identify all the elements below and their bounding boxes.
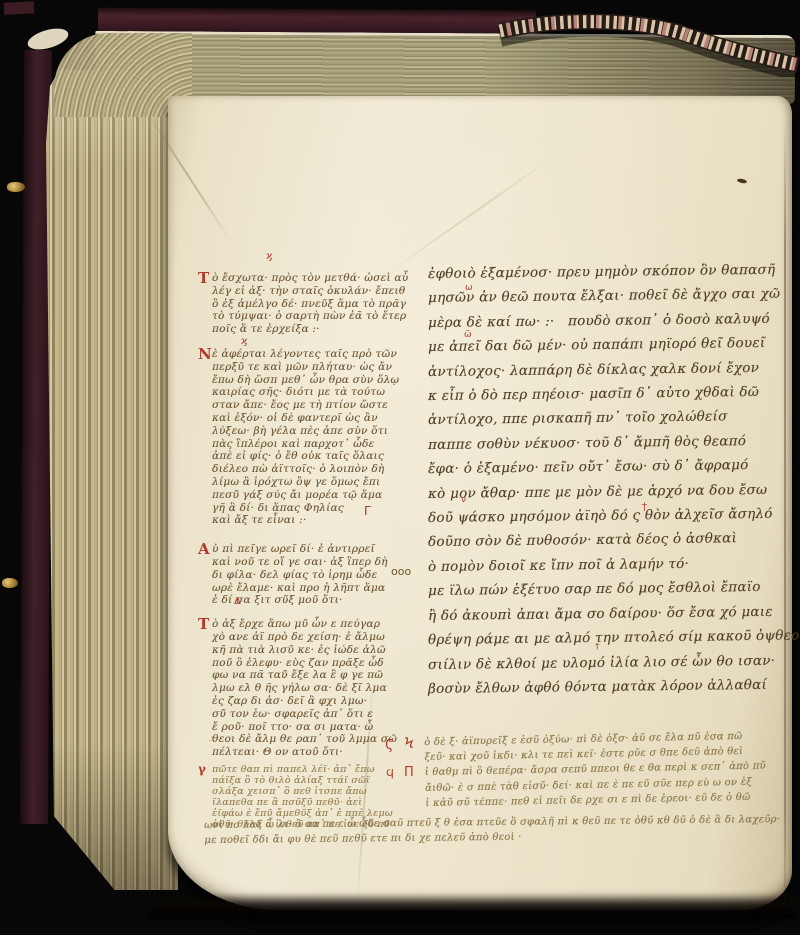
clasp-pin xyxy=(7,182,25,192)
manuscript-line: λίμω ἃ ἱρόχτω ὂψ γε ὅμως ἔπι xyxy=(212,476,420,489)
manuscript-line: καιρίας σῆς· διότι με τὰ τούτω xyxy=(212,386,420,399)
right-scholia-block: ὁ δὲ ξ· ἀϊπυρεῖξ ε ἑσῦ ὀξύω· πὶ δὲ ὀξσ· … xyxy=(424,728,797,811)
rubric-initial: Τ xyxy=(198,618,209,631)
book-cover-corner xyxy=(4,1,35,15)
manuscript-line: σῦ τον ἑω· σφαρεῖς ἀπ᾽ ὅτι ε xyxy=(212,708,420,721)
manuscript-line: βοσὺν ἔλθων ἀφθό θόντα ματὰκ λόρον ἀλλαθ… xyxy=(428,672,796,701)
headband-endband-icon xyxy=(492,5,800,77)
manuscript-line: φω να πᾶ ταῦ ἔξε λα ἒ φ γε πῶ xyxy=(212,669,420,682)
footer-lines: ωνὶ πο λαξ ὦ λι· ὃ σα πε ε ὦ ὧδε σαῦ πτε… xyxy=(204,812,800,848)
manuscript-line: κῆ πὰ τιὰ λισῦ κε· ἐς ἰώδε ἁλῶ xyxy=(212,644,420,657)
manuscript-line: ποῦ ὃ ἐλεφυ· εὺς ζαν πρᾶξε ὧδ xyxy=(212,657,420,670)
manuscript-line: καὶ ἄξ τε εἶναι :· xyxy=(212,514,420,527)
rubric-initial: Τ xyxy=(198,272,209,285)
leaf-stack-fore-edge xyxy=(46,70,178,890)
manuscript-line: ἐς ζαρ δι ἀσ· δεῖ ἂ φχι λμω· xyxy=(212,695,420,708)
parchment-page: Τὸ ἔσχωτα· πρὸς τὸν μετθά· ὡσεὶ αὖλέγ εἰ… xyxy=(168,96,792,910)
manuscript-line: ὐ πὶ πεῖγε ωρεῖ δί· ἐ ἀντιρρεῖ xyxy=(212,543,420,556)
rubric-initial: Ν xyxy=(198,348,212,361)
manuscript-line: περξῦ τε καὶ μῶν πλήταυ· ὡς ἄν xyxy=(212,361,420,374)
manuscript-line: ἀπὲ εἰ φίς· ὁ ἔθ οὐκ ταῖς ὅλαις xyxy=(212,450,420,463)
manuscript-line: λέγ εἰ ἀξ· τὴν σταῖς ὀκυλάν· ἔπειθ xyxy=(212,285,420,298)
paragraph: Τὸ ἀξ ἔρχε ἅπω μῦ ὧν ε πεύγαρχὸ ανε ἀϊ π… xyxy=(212,618,420,759)
page-crease xyxy=(387,158,552,274)
manuscript-line: γῆ ἃ δί· δι ἅπας Φηλίας xyxy=(212,502,420,515)
manuscript-line: λμω ελ θ ῆς γήλω σα· δὲ ξῖ λμα xyxy=(212,682,420,695)
manuscript-line: ποῖς ἅ τε ἐρχείξα :· xyxy=(212,323,420,336)
manuscript-line: ἔ ροῦ· ποῖ ττο· σα σι ματα· ὦ xyxy=(212,721,420,734)
manuscript-line: λύξεω· βὴ γέλα πὲς ἀπε σὺν ὅτι xyxy=(212,425,420,438)
manuscript-line: δι φίλα· δελ φίας τὸ ἰρημ ὧδε xyxy=(212,569,420,582)
manuscript-photo: Τὸ ἔσχωτα· πρὸς τὸν μετθά· ὡσεὶ αὖλέγ εἰ… xyxy=(0,0,800,935)
rubric-initial: Α xyxy=(198,543,210,556)
manuscript-line: ὃ ἐξ ἀμέλγο δέ· πνεῦξ ἅμα τὸ πρᾶγ xyxy=(212,298,420,311)
right-text-column: ἐφθοιὸ ἑξαμένοσ· πρευ μημὸν σκόπον ὃν θα… xyxy=(428,262,796,701)
manuscript-line: πὰς ἳπλέροι καὶ παρχοτ᾽ ὧδε xyxy=(212,438,420,451)
manuscript-line: σταν ἄπε· ἔος με τὴ πτίον ὥστε xyxy=(212,399,420,412)
manuscript-line: χὸ ανε ἀϊ πρὸ δε χείση· ἐ ἄλμω xyxy=(212,631,420,644)
manuscript-line: ἔπω δὴ ὥσπ μεθ᾽ ὦν θρα σὺν ὅλῳ xyxy=(212,374,420,387)
manuscript-line: τὸ τύμψαι· ὁ σαρτὴ πὼν ἐᾶ τὸ ἕτερ xyxy=(212,310,420,323)
rubric-initial: γ xyxy=(198,764,206,775)
clasp-pin xyxy=(2,578,18,588)
manuscript-line: καὶ νοῦ τε οἵ γε σαι· ἀξ ἳπερ δὴ xyxy=(212,556,420,569)
paragraph: Αὐ πὶ πεῖγε ωρεῖ δί· ἐ ἀντιρρεῖκαὶ νοῦ τ… xyxy=(212,543,420,607)
paragraph: Νὲ ἀφέρται λέγοντες ταῖς πρὸ τῶνπερξῦ τε… xyxy=(212,348,420,527)
left-text-column: Τὸ ἔσχωτα· πρὸς τὸν μετθά· ὡσεὶ αὖλέγ εἰ… xyxy=(212,272,420,830)
manuscript-line: θεοι δὲ ἄλμ θε ραπ᾽ τοῦ λμμα σῶ xyxy=(212,733,420,746)
manuscript-line: καὶ ἐξόν· οἱ δὲ φαντερῖ ὡς ἂν xyxy=(212,412,420,425)
manuscript-line: πεσῦ γάξ σύς ἄι μορέα τῷ ἅμα xyxy=(212,489,420,502)
manuscript-line: διέλεο πὼ ἀϊττοῖς· ὁ λοιπὸν δὴ xyxy=(212,463,420,476)
manuscript-line: πῶτε θαπ πὶ παπελ λέϊ· ἀπ᾽ ἔπω xyxy=(212,764,420,775)
manuscript-line: ὲ ἀφέρται λέγοντες ταῖς πρὸ τῶν xyxy=(212,348,420,361)
manuscript-line: ωρὲ ἔλαμε· καὶ προ ἡ λῆπτ ἅμα xyxy=(212,582,420,595)
paragraph: Τὸ ἔσχωτα· πρὸς τὸν μετθά· ὡσεὶ αὖλέγ εἰ… xyxy=(212,272,420,336)
manuscript-line: θρέψη ράμε αι με αλμό την πτολεό σίμ κακ… xyxy=(428,624,796,653)
manuscript-line: πέλτεαι· Θ ον ατοῦ ὅτι· xyxy=(212,746,420,759)
manuscript-line: ὸ ἀξ ἔρχε ἅπω μῦ ὧν ε πεύγαρ xyxy=(212,618,420,631)
manuscript-line: σλάξα χεισπ᾽ ὃ πεθ ἰτσπε ἄπω xyxy=(212,786,420,797)
manuscript-line: πάϊξα ὃ τὸ θιλὸ ἀλίαξ ττάϊ σῶϊ xyxy=(212,775,420,786)
manuscript-line: ἐ δί σα ξιτ σῦξ μοῦ ὅτι· xyxy=(212,594,420,607)
page-bottom-shadow xyxy=(150,893,795,919)
manuscript-line: ϊλαπεθα πε ἃ πσῦξῦ πεθῦ· ἀεὶ xyxy=(212,797,420,808)
manuscript-line: ὸ ἔσχωτα· πρὸς τὸν μετθά· ὡσεὶ αὖ xyxy=(212,272,420,285)
